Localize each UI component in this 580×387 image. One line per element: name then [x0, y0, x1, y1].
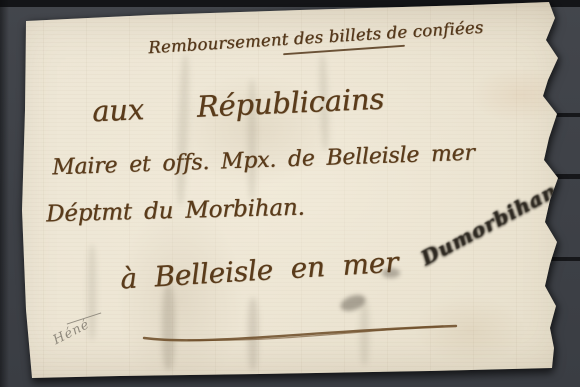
letter-paper: Remboursement des billets de confiées au… [0, 0, 580, 387]
paper-wrapper: Remboursement des billets de confiées au… [0, 0, 580, 387]
manuscript-address-line-4: à Belleisle en mer [119, 246, 399, 296]
underline-flourish [138, 318, 468, 352]
manuscript-address-line-3: Déptmt du Morbihan. [46, 195, 305, 228]
show-through-mark [175, 55, 190, 205]
ink-smudge [382, 268, 400, 278]
manuscript-address-line-1: aux Républicains [91, 82, 384, 129]
postmark-du-morbihan: Dumorbihan [417, 178, 561, 270]
letter-photo: Remboursement des billets de confiées au… [0, 0, 580, 387]
manuscript-address-line-2: Maire et offs. Mpx. de Belleisle mer [52, 141, 475, 181]
